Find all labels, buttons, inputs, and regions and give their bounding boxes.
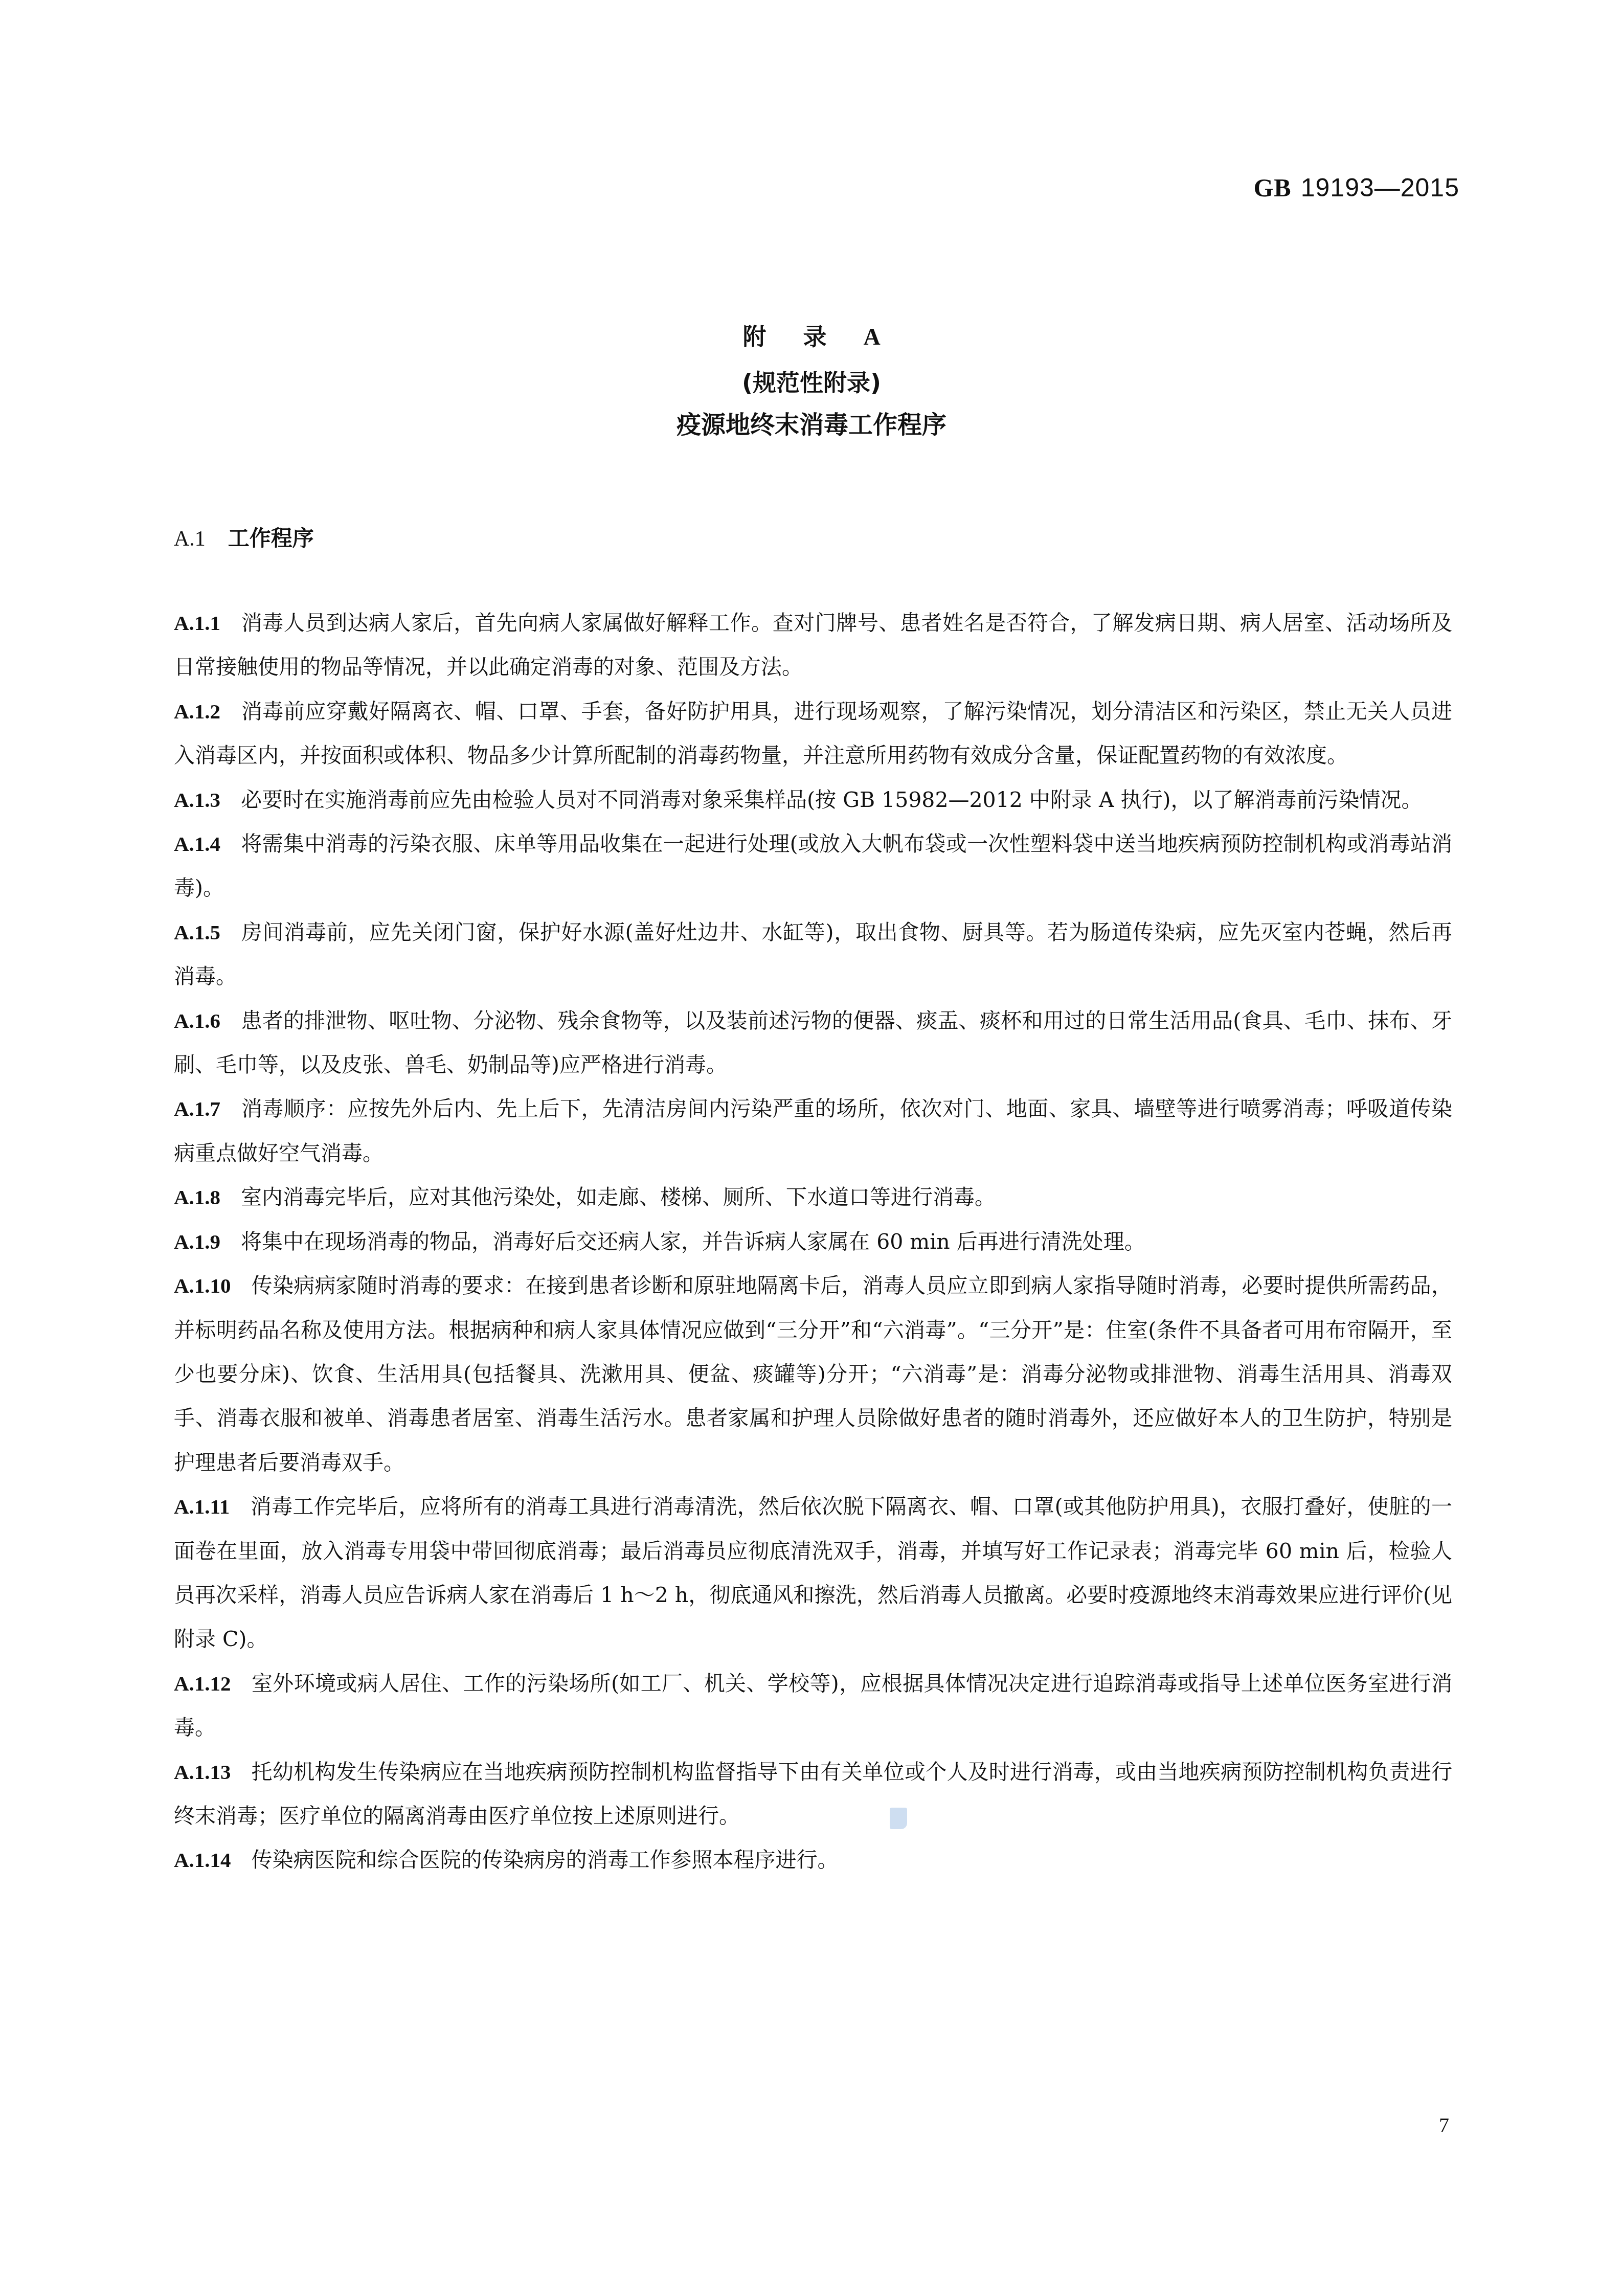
clause-text: 消毒前应穿戴好隔离衣、帽、口罩、手套，备好防护用具，进行现场观察，了解污染情况，…	[174, 699, 1452, 768]
clause-number: A.1.14	[174, 1848, 231, 1872]
clause-text: 患者的排泄物、呕吐物、分泌物、残余食物等，以及装前述污物的便器、痰盂、痰杯和用过…	[174, 1008, 1452, 1077]
clause-number: A.1.3	[174, 788, 220, 812]
standard-number: 19193—2015	[1301, 173, 1459, 202]
standard-prefix: GB	[1253, 173, 1291, 202]
clause-paragraph: A.1.12室外环境或病人居住、工作的污染场所(如工厂、机关、学校等)，应根据具…	[174, 1661, 1452, 1750]
clause-text: 室内消毒完毕后，应对其他污染处，如走廊、楼梯、厕所、下水道口等进行消毒。	[241, 1185, 996, 1209]
clause-text: 房间消毒前，应先关闭门窗，保护好水源(盖好灶边井、水缸等)，取出食物、厨具等。若…	[174, 920, 1452, 988]
document-page: GB19193—2015 附录A (规范性附录) 疫源地终末消毒工作程序 A.1…	[0, 0, 1623, 2296]
clause-number: A.1.13	[174, 1760, 231, 1784]
section-label: 工作程序	[228, 526, 314, 551]
clause-paragraph: A.1.8室内消毒完毕后，应对其他污染处，如走廊、楼梯、厕所、下水道口等进行消毒…	[174, 1175, 1452, 1219]
clause-text: 传染病医院和综合医院的传染病房的消毒工作参照本程序进行。	[252, 1848, 839, 1872]
body-text: A.1.1消毒人员到达病人家后，首先向病人家属做好解释工作。查对门牌号、患者姓名…	[174, 601, 1452, 1882]
page-number: 7	[1439, 2113, 1449, 2137]
clause-number: A.1.2	[174, 700, 220, 723]
appendix-letter: A	[863, 323, 880, 350]
watermark-logo-icon	[890, 1808, 907, 1829]
clause-paragraph: A.1.2消毒前应穿戴好隔离衣、帽、口罩、手套，备好防护用具，进行现场观察，了解…	[174, 689, 1452, 778]
appendix-type: (规范性附录)	[0, 364, 1623, 398]
clause-text: 传染病病家随时消毒的要求：在接到患者诊断和原驻地隔离卡后，消毒人员应立即到病人家…	[174, 1273, 1452, 1475]
clause-paragraph: A.1.11消毒工作完毕后，应将所有的消毒工具进行消毒清洗，然后依次脱下隔离衣、…	[174, 1484, 1452, 1661]
clause-number: A.1.5	[174, 920, 220, 944]
clause-number: A.1.9	[174, 1230, 220, 1253]
appendix-title-part: 附	[742, 318, 766, 352]
clause-paragraph: A.1.9将集中在现场消毒的物品，消毒好后交还病人家，并告诉病人家属在 60 m…	[174, 1220, 1452, 1264]
clause-text: 消毒工作完毕后，应将所有的消毒工具进行消毒清洗，然后依次脱下隔离衣、帽、口罩(或…	[174, 1494, 1452, 1651]
appendix-title-part: 录	[803, 318, 826, 352]
clause-text: 将集中在现场消毒的物品，消毒好后交还病人家，并告诉病人家属在 60 min 后再…	[241, 1229, 1145, 1254]
clause-paragraph: A.1.3必要时在实施消毒前应先由检验人员对不同消毒对象采集样品(按 GB 15…	[174, 778, 1452, 822]
clause-number: A.1.7	[174, 1097, 220, 1120]
clause-number: A.1.10	[174, 1274, 231, 1297]
clause-paragraph: A.1.6患者的排泄物、呕吐物、分泌物、残余食物等，以及装前述污物的便器、痰盂、…	[174, 999, 1452, 1087]
clause-number: A.1.11	[174, 1495, 230, 1518]
section-heading: A.1工作程序	[174, 522, 314, 552]
section-number: A.1	[174, 527, 206, 551]
clause-text: 将需集中消毒的污染衣服、床单等用品收集在一起进行处理(或放入大帆布袋或一次性塑料…	[174, 831, 1452, 900]
clause-number: A.1.8	[174, 1185, 220, 1209]
clause-paragraph: A.1.5房间消毒前，应先关闭门窗，保护好水源(盖好灶边井、水缸等)，取出食物、…	[174, 910, 1452, 999]
clause-paragraph: A.1.10传染病病家随时消毒的要求：在接到患者诊断和原驻地隔离卡后，消毒人员应…	[174, 1264, 1452, 1484]
clause-paragraph: A.1.4将需集中消毒的污染衣服、床单等用品收集在一起进行处理(或放入大帆布袋或…	[174, 822, 1452, 910]
clause-text: 室外环境或病人居住、工作的污染场所(如工厂、机关、学校等)，应根据具体情况决定进…	[174, 1671, 1452, 1740]
clause-paragraph: A.1.1消毒人员到达病人家后，首先向病人家属做好解释工作。查对门牌号、患者姓名…	[174, 601, 1452, 689]
clause-text: 托幼机构发生传染病应在当地疾病预防控制机构监督指导下由有关单位或个人及时进行消毒…	[174, 1760, 1452, 1828]
clause-number: A.1.1	[174, 611, 220, 635]
clause-text: 消毒顺序：应按先外后内、先上后下，先清洁房间内污染严重的场所，依次对门、地面、家…	[174, 1096, 1452, 1165]
clause-number: A.1.12	[174, 1672, 231, 1695]
clause-paragraph: A.1.14传染病医院和综合医院的传染病房的消毒工作参照本程序进行。	[174, 1838, 1452, 1882]
clause-text: 消毒人员到达病人家后，首先向病人家属做好解释工作。查对门牌号、患者姓名是否符合，…	[174, 611, 1452, 679]
clause-number: A.1.4	[174, 832, 220, 856]
clause-paragraph: A.1.13托幼机构发生传染病应在当地疾病预防控制机构监督指导下由有关单位或个人…	[174, 1750, 1452, 1838]
appendix-title: 附录A	[0, 318, 1623, 352]
clause-number: A.1.6	[174, 1009, 220, 1032]
clause-text: 必要时在实施消毒前应先由检验人员对不同消毒对象采集样品(按 GB 15982—2…	[241, 787, 1422, 812]
clause-paragraph: A.1.7消毒顺序：应按先外后内、先上后下，先清洁房间内污染严重的场所，依次对门…	[174, 1087, 1452, 1175]
appendix-name: 疫源地终末消毒工作程序	[0, 405, 1623, 440]
standard-code: GB19193—2015	[1253, 173, 1459, 202]
